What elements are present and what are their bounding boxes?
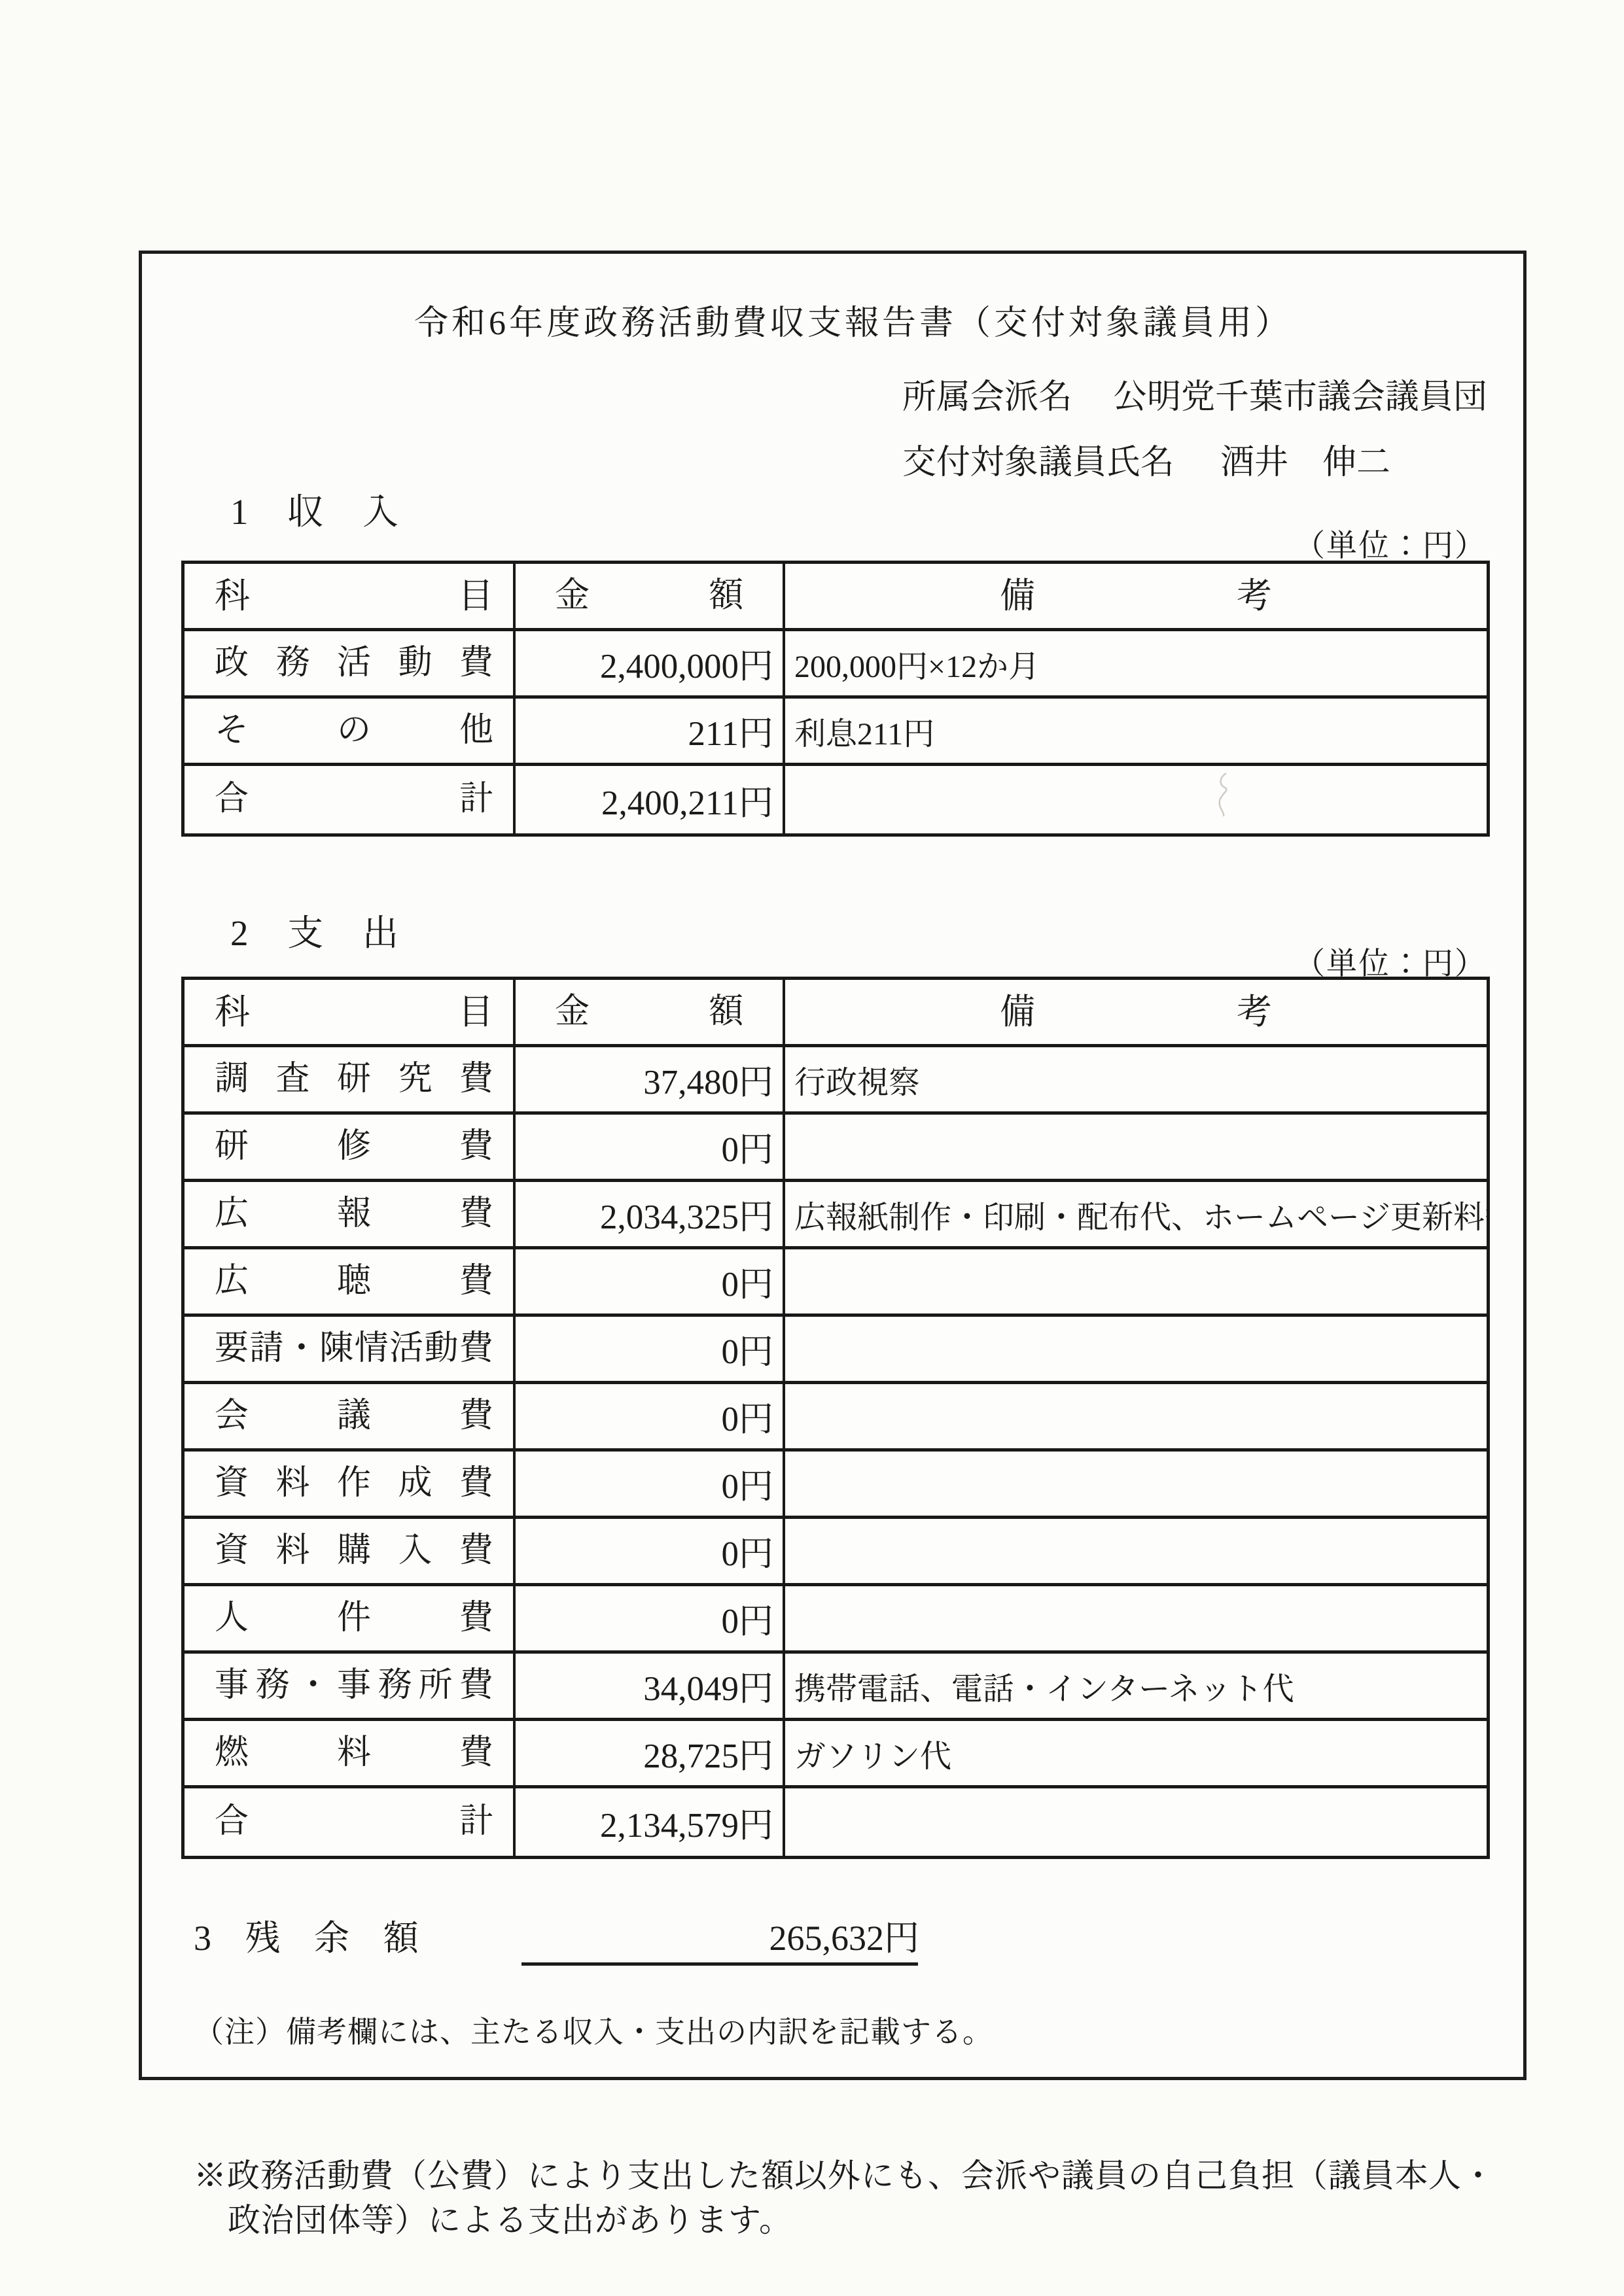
row-subject-label: 調査研究費 [215, 1062, 493, 1098]
income-table-header-row: 科目 金額 備考 [185, 564, 1487, 631]
row-subject-label: 政務活動費 [215, 646, 493, 682]
row-amount: 2,034,325円 [516, 1182, 785, 1246]
member-value: 酒井 伸二 [1220, 434, 1390, 483]
header-note-label: 備考 [785, 578, 1487, 615]
row-amount: 0円 [516, 1452, 785, 1516]
table-row: 広聴費 0円 [185, 1249, 1487, 1317]
header-subject-label: 科目 [215, 994, 493, 1031]
note-line: （注）備考欄には、主たる収入・支出の内訳を記載する。 [194, 2008, 993, 2051]
header-amount-label: 金額 [516, 994, 783, 1030]
expense-table-header-row: 科目 金額 備考 [185, 980, 1487, 1047]
remainder-heading: 3 残 余 額 [194, 1910, 419, 1960]
unit-label-income: （単位：円） [1294, 521, 1487, 565]
spacer [1174, 434, 1220, 483]
affiliation-value: 公明党千葉市議会議員団 [1113, 369, 1487, 418]
row-subject: 人件費 [185, 1586, 516, 1650]
header-note: 備考 [785, 564, 1487, 628]
row-note: 行政視察 [785, 1047, 1487, 1111]
row-amount: 0円 [516, 1115, 785, 1179]
scanned-report-page: { "doc": { "title": "令和6年度政務活動費収支報告書（交付対… [0, 0, 1624, 2296]
header-subject: 科目 [185, 564, 516, 628]
row-subject-label: その他 [215, 713, 493, 749]
scan-artifact-mark [1212, 772, 1238, 818]
header-subject-label: 科目 [215, 578, 493, 615]
row-subject-label: 資料購入費 [215, 1533, 493, 1569]
row-amount: 37,480円 [516, 1047, 785, 1111]
table-row: 研修費 0円 [185, 1115, 1487, 1182]
income-table: 科目 金額 備考 政務活動費 2,400,000円 200,000円×12か月 … [181, 561, 1490, 837]
row-subject: 政務活動費 [185, 631, 516, 695]
row-note [785, 1788, 1487, 1856]
affiliation-label: 所属会派名 [902, 369, 1072, 418]
row-subject: 資料購入費 [185, 1519, 516, 1583]
footnote-line-1: ※政務活動費（公費）により支出した額以外にも、会派や議員の自己負担（議員本人・ [194, 2149, 1495, 2197]
row-amount: 0円 [516, 1249, 785, 1313]
table-row: 会議費 0円 [185, 1384, 1487, 1452]
table-row: 合計 2,400,211円 [185, 766, 1487, 833]
table-row: 資料作成費 0円 [185, 1452, 1487, 1519]
remainder-amount: 265,632円 [622, 1910, 919, 1960]
table-row: 燃料費 28,725円 ガソリン代 [185, 1721, 1487, 1788]
table-row: 広報費 2,034,325円 広報紙制作・印刷・配布代、ホームページ更新料等 [185, 1182, 1487, 1249]
header-amount: 金額 [516, 980, 785, 1044]
row-amount: 0円 [516, 1586, 785, 1650]
table-row: 調査研究費 37,480円 行政視察 [185, 1047, 1487, 1115]
row-subject-label: 会議費 [215, 1399, 493, 1435]
table-row: 事務・事務所費 34,049円 携帯電話、電話・インターネット代 [185, 1654, 1487, 1721]
row-note [785, 1317, 1487, 1381]
header-note: 備考 [785, 980, 1487, 1044]
spacer [1072, 369, 1113, 418]
table-row: 要請・陳情活動費 0円 [185, 1317, 1487, 1384]
row-subject: 会議費 [185, 1384, 516, 1448]
row-subject: 要請・陳情活動費 [185, 1317, 516, 1381]
row-note [785, 1519, 1487, 1583]
header-subject: 科目 [185, 980, 516, 1044]
expense-table: 科目 金額 備考 調査研究費 37,480円 行政視察 研修費 0円 広報費 2… [181, 977, 1490, 1859]
row-subject: 調査研究費 [185, 1047, 516, 1111]
row-subject: 事務・事務所費 [185, 1654, 516, 1718]
row-note [785, 1452, 1487, 1516]
row-note: 利息211円 [785, 699, 1487, 763]
row-amount: 0円 [516, 1317, 785, 1381]
header-amount-label: 金額 [516, 578, 783, 614]
row-amount: 2,400,211円 [516, 766, 785, 833]
row-subject-label: 資料作成費 [215, 1466, 493, 1502]
row-subject: 資料作成費 [185, 1452, 516, 1516]
row-note: 携帯電話、電話・インターネット代 [785, 1654, 1487, 1718]
row-subject-label: 合計 [215, 782, 493, 818]
row-subject: 燃料費 [185, 1721, 516, 1785]
row-amount: 0円 [516, 1519, 785, 1583]
member-label: 交付対象議員氏名 [902, 434, 1174, 483]
row-amount: 211円 [516, 699, 785, 763]
row-amount: 28,725円 [516, 1721, 785, 1785]
header-amount: 金額 [516, 564, 785, 628]
table-row: 人件費 0円 [185, 1586, 1487, 1654]
row-amount: 34,049円 [516, 1654, 785, 1718]
row-subject-label: 事務・事務所費 [215, 1668, 493, 1704]
row-note: ガソリン代 [785, 1721, 1487, 1785]
affiliation-line: 所属会派名 公明党千葉市議会議員団 [902, 369, 1487, 418]
row-note [785, 1115, 1487, 1179]
row-subject: 広報費 [185, 1182, 516, 1246]
table-row: 資料購入費 0円 [185, 1519, 1487, 1586]
row-subject-label: 広聴費 [215, 1264, 493, 1300]
row-subject: 合計 [185, 1788, 516, 1856]
row-subject-label: 広報費 [215, 1196, 493, 1232]
row-subject-label: 燃料費 [215, 1735, 493, 1771]
row-note [785, 766, 1487, 833]
row-subject-label: 人件費 [215, 1601, 493, 1637]
row-subject: 広聴費 [185, 1249, 516, 1313]
row-subject: 研修費 [185, 1115, 516, 1179]
section-2-expense-heading: 2 支 出 [230, 904, 398, 956]
section-1-income-heading: 1 収 入 [230, 483, 398, 534]
row-amount: 2,134,579円 [516, 1788, 785, 1856]
document-title: 令和6年度政務活動費収支報告書（交付対象議員用） [414, 295, 1292, 344]
row-amount: 2,400,000円 [516, 631, 785, 695]
member-name-line: 交付対象議員氏名 酒井 伸二 [902, 434, 1390, 483]
row-subject-label: 合計 [215, 1804, 493, 1840]
row-note [785, 1384, 1487, 1448]
row-amount: 0円 [516, 1384, 785, 1448]
table-row: 政務活動費 2,400,000円 200,000円×12か月 [185, 631, 1487, 699]
row-note [785, 1249, 1487, 1313]
row-note [785, 1586, 1487, 1650]
row-note: 広報紙制作・印刷・配布代、ホームページ更新料等 [785, 1182, 1487, 1246]
table-row: 合計 2,134,579円 [185, 1788, 1487, 1856]
table-row: その他 211円 利息211円 [185, 699, 1487, 766]
row-note: 200,000円×12か月 [785, 631, 1487, 695]
footnote-line-2: 政治団体等）による支出があります。 [228, 2194, 792, 2241]
header-note-label: 備考 [785, 994, 1487, 1031]
remainder-underline [521, 1962, 918, 1966]
row-subject: 合計 [185, 766, 516, 833]
row-subject-label: 研修費 [215, 1129, 493, 1165]
row-subject-label: 要請・陳情活動費 [215, 1331, 493, 1367]
row-subject: その他 [185, 699, 516, 763]
